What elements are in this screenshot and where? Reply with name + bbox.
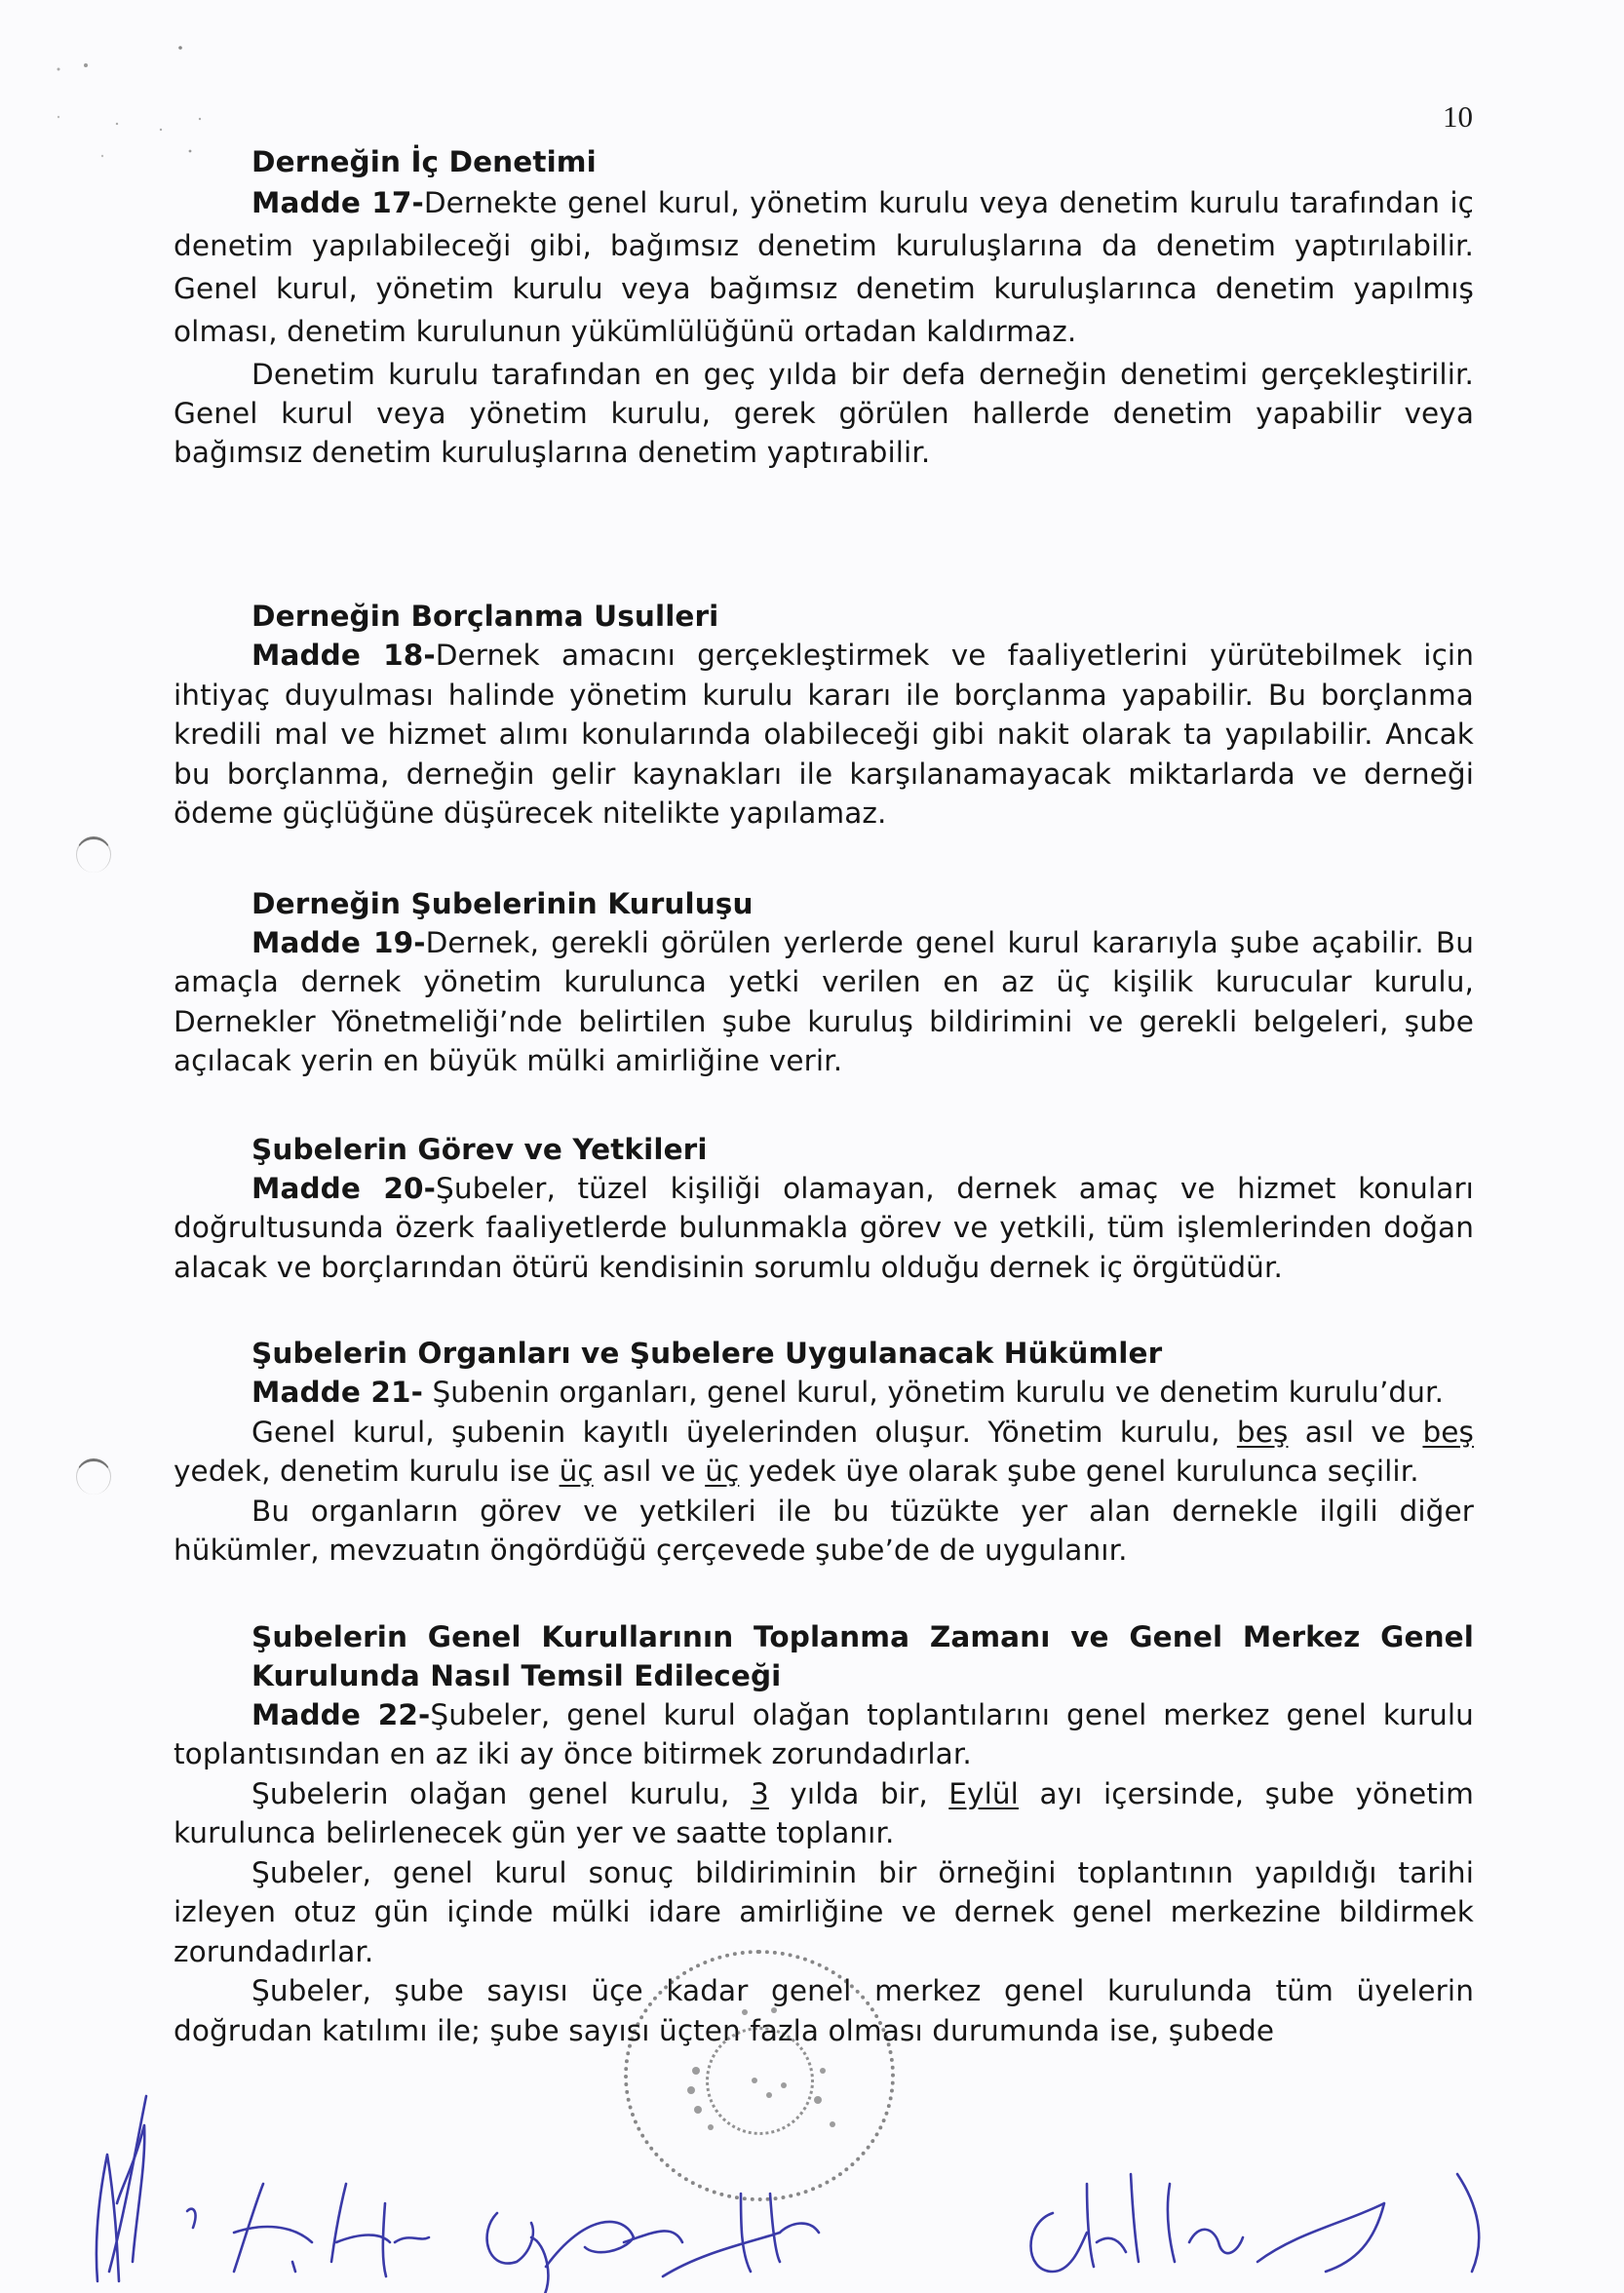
section-heading: Derneğin İç Denetimi (251, 142, 1474, 181)
article-paragraph: Genel kurul, şubenin kayıtlı üyelerinden… (174, 1413, 1474, 1492)
article-paragraph: Bu organların görev ve yetkileri ile bu … (174, 1492, 1474, 1571)
article-label: Madde 22- (251, 1698, 430, 1731)
article-paragraph: Madde 18-Dernek amacını gerçekleştirmek … (174, 636, 1474, 834)
article-text: Şubenin organları, genel kurul, yönetim … (423, 1376, 1444, 1409)
text-segment: asıl ve (1288, 1416, 1422, 1449)
underlined-term: üç (705, 1455, 739, 1488)
section-heading: Şubelerin Genel Kurullarının Toplanma Za… (251, 1617, 1474, 1695)
text-segment: yedek, denetim kurulu ise (174, 1455, 560, 1488)
section-heading: Şubelerin Organları ve Şubelere Uygulana… (251, 1334, 1474, 1373)
article-paragraph: Madde 21- Şubenin organları, genel kurul… (174, 1373, 1474, 1413)
article-paragraph: Denetim kurulu tarafından en geç yılda b… (174, 355, 1474, 472)
page-number: 10 (1443, 99, 1473, 135)
punch-hole (76, 836, 111, 873)
article-paragraph: Madde 17-Dernekte genel kurul, yönetim k… (174, 181, 1474, 353)
underlined-term: beş (1237, 1416, 1289, 1449)
article-label: Madde 21- (251, 1376, 423, 1409)
underlined-term: beş (1422, 1416, 1474, 1449)
section-heading: Derneğin Borçlanma Usulleri (251, 597, 1474, 636)
section-sube-genel-kurul: Şubelerin Genel Kurullarının Toplanma Za… (174, 1617, 1474, 2051)
section-heading: Derneğin Şubelerinin Kuruluşu (251, 884, 1474, 923)
section-sube-organlari: Şubelerin Organları ve Şubelere Uygulana… (174, 1334, 1474, 1571)
text-segment: yılda bir, (769, 1777, 948, 1810)
section-ic-denetim: Derneğin İç Denetimi Madde 17-Dernekte g… (174, 142, 1474, 472)
article-paragraph: Şubelerin olağan genel kurulu, 3 yılda b… (174, 1774, 1474, 1853)
article-paragraph: Madde 19-Dernek, gerekli görülen yerlerd… (174, 923, 1474, 1081)
section-borclanma: Derneğin Borçlanma Usulleri Madde 18-Der… (174, 597, 1474, 834)
article-paragraph: Şubeler, genel kurul sonuç bildiriminin … (174, 1853, 1474, 1972)
article-label: Madde 17- (251, 186, 424, 219)
text-segment: Genel kurul, şubenin kayıtlı üyelerinden… (251, 1416, 1237, 1449)
article-label: Madde 20- (251, 1172, 436, 1205)
article-label: Madde 19- (251, 926, 426, 959)
underlined-term: üç (560, 1455, 594, 1488)
text-segment: asıl ve (594, 1455, 705, 1488)
article-paragraph: Madde 20-Şubeler, tüzel kişiliği olamaya… (174, 1169, 1474, 1288)
article-paragraph: Madde 22-Şubeler, genel kurul olağan top… (174, 1695, 1474, 1774)
text-segment: yedek üye olarak şube genel kurulunca se… (739, 1455, 1418, 1488)
section-sube-gorev: Şubelerin Görev ve Yetkileri Madde 20-Şu… (174, 1130, 1474, 1288)
text-segment: Şubelerin olağan genel kurulu, (251, 1777, 751, 1810)
article-paragraph: Şubeler, şube sayısı üçe kadar genel mer… (174, 1971, 1474, 2050)
underlined-term: Eylül (948, 1777, 1019, 1810)
punch-hole (76, 1458, 111, 1495)
section-heading: Şubelerin Görev ve Yetkileri (251, 1130, 1474, 1169)
article-label: Madde 18- (251, 639, 436, 672)
document-body: Derneğin İç Denetimi Madde 17-Dernekte g… (174, 142, 1474, 2050)
section-sube-kurulusu: Derneğin Şubelerinin Kuruluşu Madde 19-D… (174, 884, 1474, 1081)
underlined-term: 3 (751, 1777, 769, 1810)
